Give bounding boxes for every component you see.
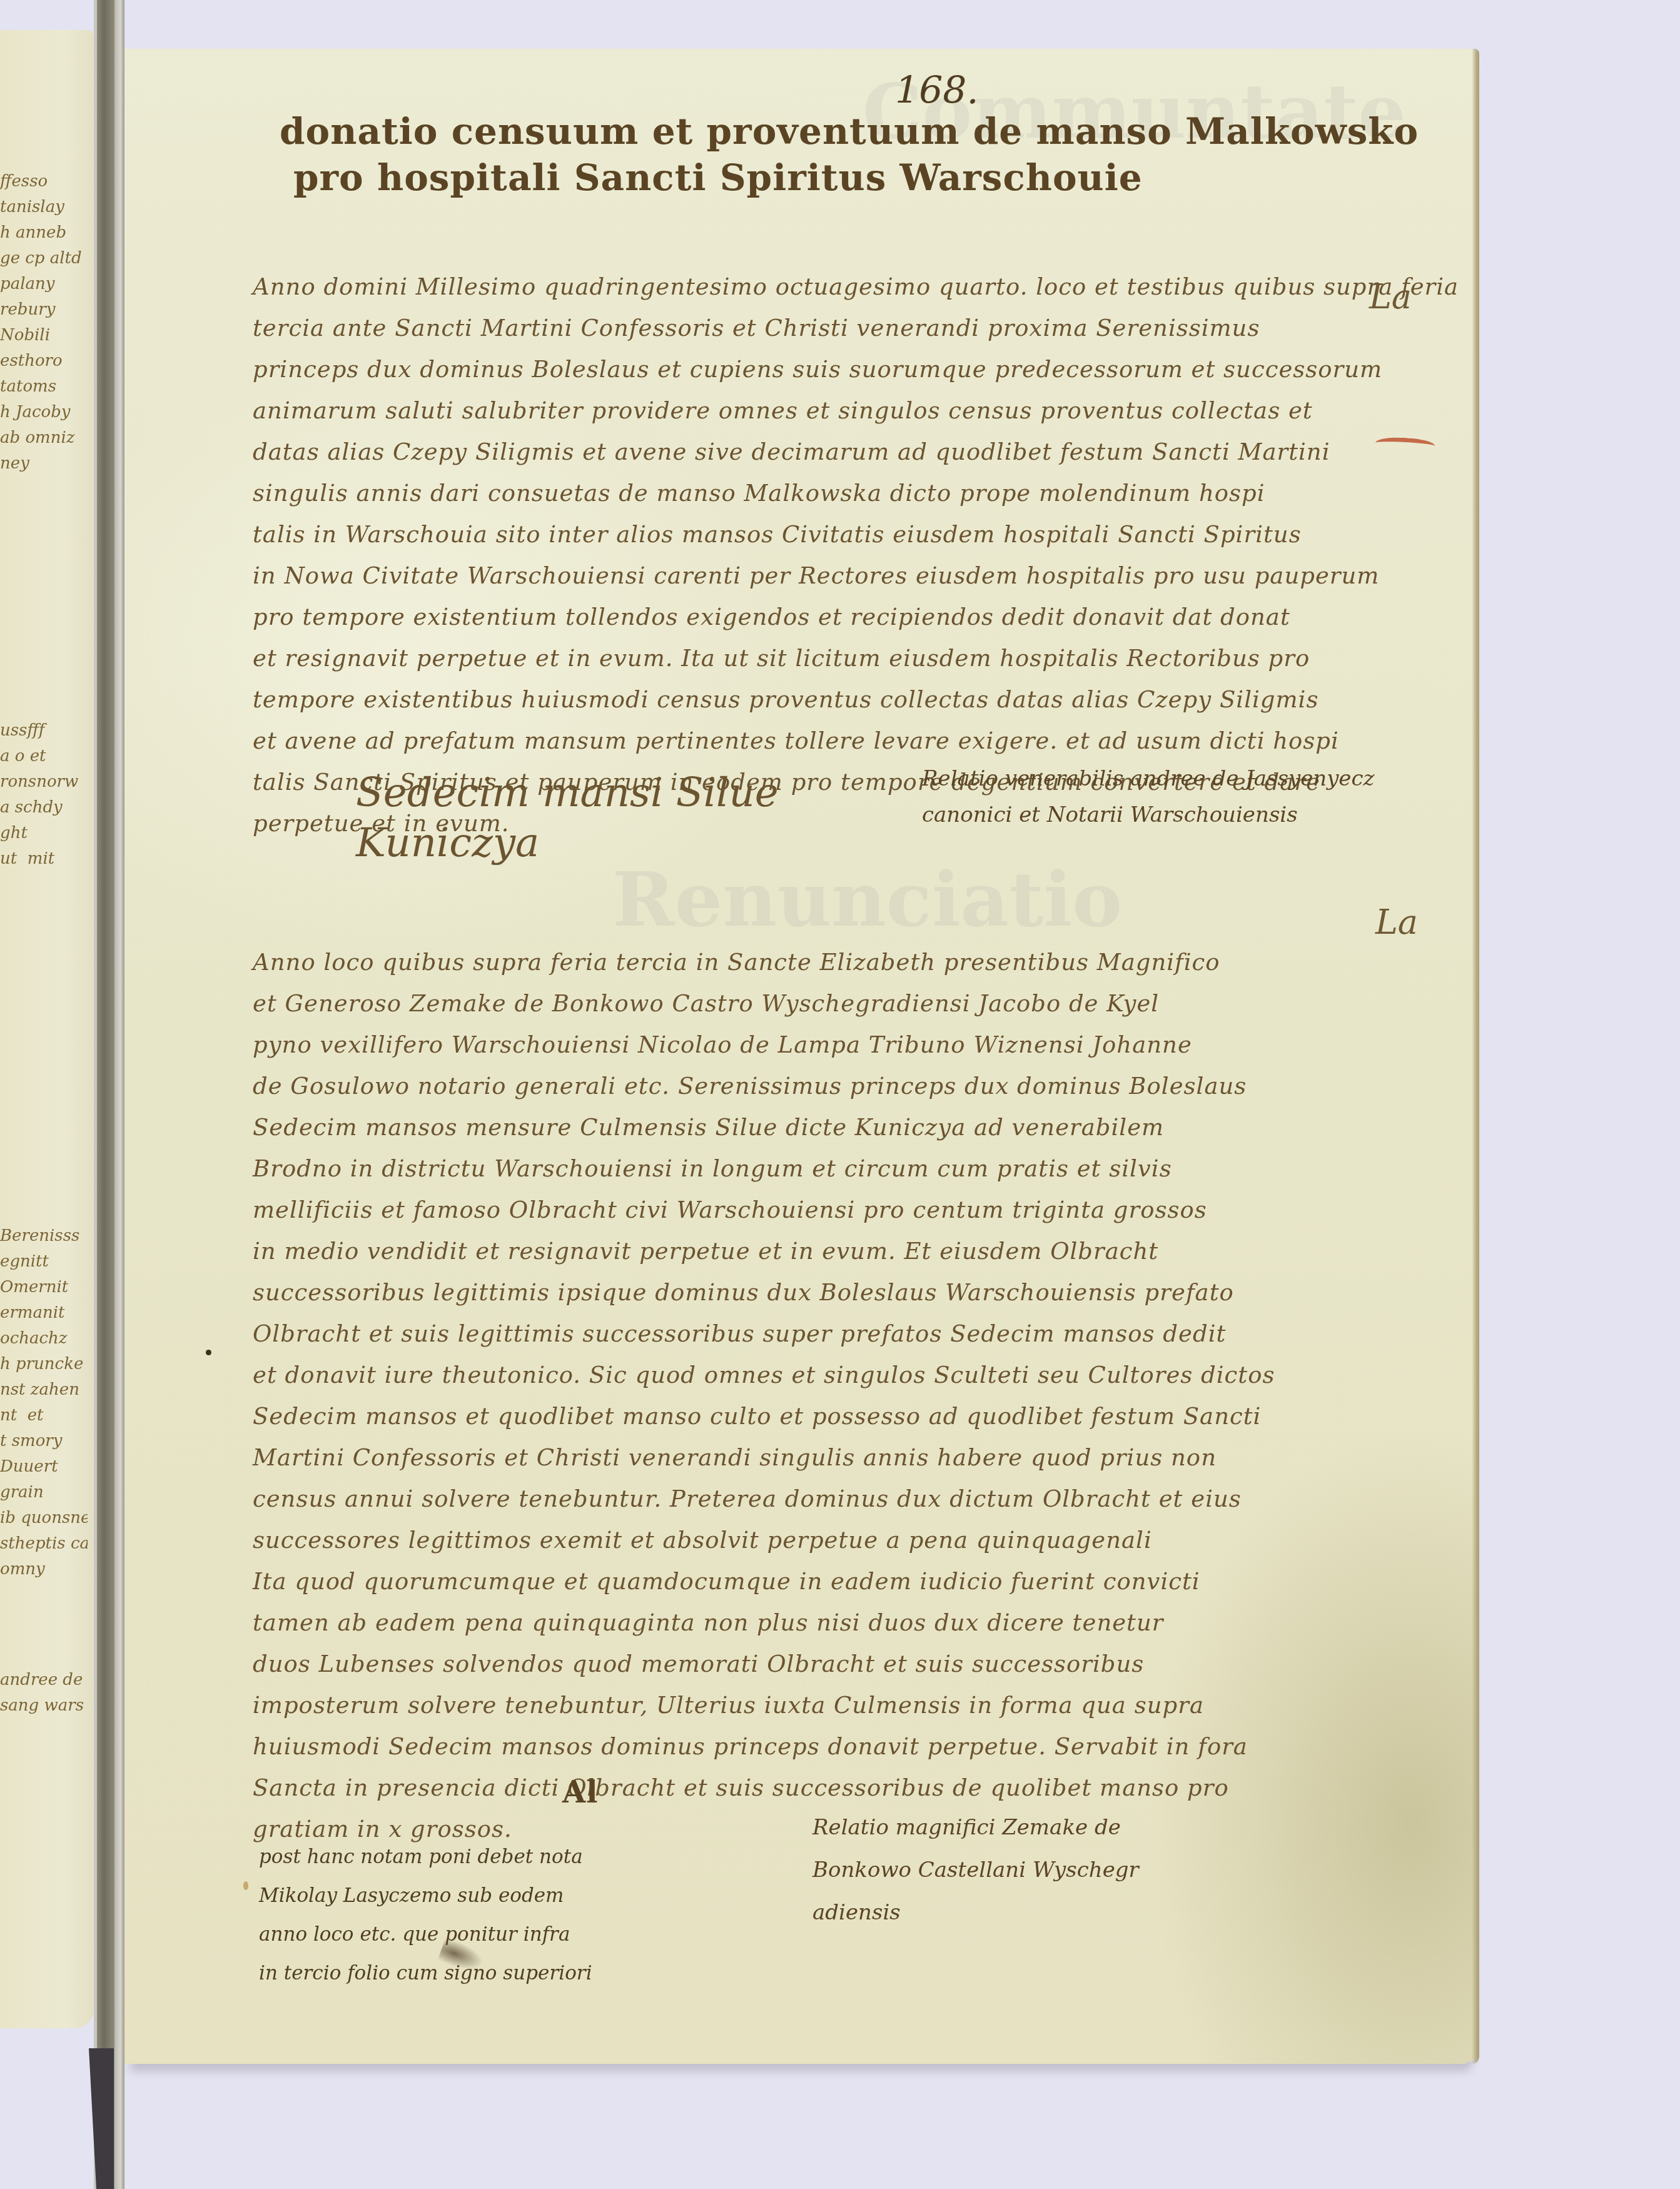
paragraph-2-line: pyno vexillifero Warschouiensi Nicolao d… [253,1024,1275,1066]
page-edge [1472,49,1479,2064]
paragraph-1-line: et avene ad prefatum mansum pertinentes … [253,720,1459,762]
ink-dot [206,1350,211,1355]
left-page-text-line: ney [0,451,88,477]
left-page-text-line: nst zahen [0,1377,88,1403]
attestation-2: Relatio magnifici Zemake deBonkowo Caste… [812,1806,1139,1934]
left-page-text-line: a o et [0,744,88,769]
left-page-text-line: Omernit [0,1275,88,1300]
recto-page: Communtate Renunciatio 168. donatio cens… [124,49,1479,2064]
left-page-text-line: sang wars [0,1693,88,1719]
left-page-text-block-4: andree desang wars [0,1667,88,1719]
bottom-note-line: in tercio folio cum signo superiori [259,1954,592,1993]
left-page-text-line: Duuert [0,1454,88,1480]
paragraph-2-line: et Generoso Zemake de Bonkowo Castro Wys… [253,983,1275,1024]
left-page-text-line: ge cp altd [0,246,88,271]
paragraph-2-line: imposterum solvere tenebuntur, Ulterius … [253,1685,1275,1726]
paragraph-1-line: singulis annis dari consuetas de manso M… [253,473,1459,514]
paragraph-1-line: Anno domini Millesimo quadringentesimo o… [253,266,1459,308]
bottom-note-mark: Al [562,1775,598,1810]
left-page-text-line: ussfff [0,718,88,744]
folio-number: 168. [895,69,979,113]
paragraph-1: Anno domini Millesimo quadringentesimo o… [253,266,1459,844]
paragraph-2-line: tamen ab eadem pena quinquaginta non plu… [253,1602,1275,1644]
left-page-text-line: h pruncke [0,1352,88,1377]
attestation-1: Relatio venerabilis andree de Jassyenyec… [922,761,1374,833]
paragraph-1-line: datas alias Czepy Siligmis et avene sive… [253,432,1459,473]
paragraph-2-line: Sedecim mansos mensure Culmensis Silue d… [253,1107,1275,1148]
attestation-2-line: adiensis [812,1891,1139,1934]
attestation-2-line: Relatio magnifici Zemake de [812,1806,1139,1849]
paragraph-1-line: pro tempore existentium tollendos exigen… [253,597,1459,638]
paragraph-2-line: mellificiis et famoso Olbracht civi Wars… [253,1190,1275,1231]
left-page-text-line: palany [0,271,88,297]
left-page-text-line: ght [0,821,88,846]
left-page-text-line: ronsnorw [0,769,88,795]
paragraph-1-line: tercia ante Sancti Martini Confessoris e… [253,308,1459,349]
paragraph-2-line: successores legittimos exemit et absolvi… [253,1520,1275,1561]
marginal-note-la-2: La [1375,902,1418,942]
paragraph-2-line: huiusmodi Sedecim mansos dominus princep… [253,1726,1275,1767]
left-page-text-line: ochachz [0,1326,88,1352]
heading-1-line-2: pro hospitali Sancti Spiritus Warschouie [293,156,1143,199]
left-page-text-line: Berenisss [0,1223,88,1249]
left-page-text-line: omny [0,1557,88,1582]
paragraph-2: Anno loco quibus supra feria tercia in S… [253,942,1275,1850]
left-page-text-line: ermanit [0,1300,88,1326]
left-page-text-line: Nobili [0,323,88,348]
paragraph-2-line: successoribus legittimis ipsique dominus… [253,1272,1275,1313]
paragraph-1-line: tempore existentibus huiusmodi census pr… [253,679,1459,720]
paragraph-1-line: in Nowa Civitate Warschouiensi carenti p… [253,555,1459,597]
left-page-text-block-2: ussfffa o etronsnorwa schdyghtut mit [0,718,88,872]
binding-spine [97,0,114,2189]
paragraph-2-line: Brodno in districtu Warschouiensi in lon… [253,1148,1275,1190]
attestation-1-line: canonici et Notarii Warschouiensis [922,797,1374,833]
heading-2: Sedecim mansi SilueKuniczya [356,768,779,868]
paragraph-1-line: princeps dux dominus Boleslaus et cupien… [253,349,1459,390]
left-page-text-line: t smory [0,1428,88,1454]
paragraph-2-line: in medio vendidit et resignavit perpetue… [253,1231,1275,1272]
paragraph-2-line: Ita quod quorumcumque et quamdocumque in… [253,1561,1275,1602]
left-page-text-line: ab omniz [0,425,88,451]
left-page-text-line: esthoro [0,348,88,374]
left-page-text-block-1: ffessotanislayh annebge cp altdpalanyreb… [0,169,88,477]
paragraph-1-line: talis in Warschouia sito inter alios man… [253,514,1459,555]
show-through-text: Renunciatio [612,856,1122,944]
paragraph-2-line: duos Lubenses solvendos quod memorati Ol… [253,1644,1275,1685]
paragraph-2-line: Sedecim mansos et quodlibet manso culto … [253,1396,1275,1437]
bottom-note-line: post hanc notam poni debet nota [259,1838,592,1876]
heading-1-line-1: donatio censuum et proventuum de manso M… [280,110,1419,153]
paragraph-2-line: et donavit iure theutonico. Sic quod omn… [253,1355,1275,1396]
paragraph-2-line: Sancta in presencia dicti Olbracht et su… [253,1767,1275,1809]
left-page-text-line: tanislay [0,195,88,220]
paragraph-2-line: census annui solvere tenebuntur. Pretere… [253,1479,1275,1520]
left-page-text-block-3: BerenisssegnittOmernitermanitochachzh pr… [0,1223,88,1582]
heading-2-line: Sedecim mansi Silue [356,768,779,818]
left-page-text-line: ffesso [0,169,88,195]
left-page-text-line: ib quonsne [0,1505,88,1531]
left-page-text-line: tatoms [0,374,88,400]
left-page-text-line: h Jacoby [0,400,88,425]
left-page-text-line: andree de [0,1667,88,1693]
left-page-text-line: rebury [0,297,88,323]
paragraph-2-line: Anno loco quibus supra feria tercia in S… [253,942,1275,983]
heading-2-line: Kuniczya [356,818,779,868]
bottom-note-line: Mikolay Lasyczemo sub eodem [259,1876,592,1915]
left-page-text-line: a schdy [0,795,88,821]
left-page-text-line: h anneb [0,220,88,246]
paragraph-2-line: Olbracht et suis legittimis successoribu… [253,1313,1275,1355]
bottom-note-line: anno loco etc. que ponitur infra [259,1915,592,1954]
left-page-text-line: egnitt [0,1249,88,1275]
glass-plate-edge [114,0,124,2189]
marginal-note-la-1: La [1369,277,1412,316]
paragraph-1-line: animarum saluti salubriter providere omn… [253,390,1459,432]
left-page-text-line: stheptis caus [0,1531,88,1557]
paragraph-2-line: Martini Confessoris et Christi venerandi… [253,1437,1275,1479]
left-page-text-line: nt et [0,1403,88,1428]
left-page-fragment: ffessotanislayh annebge cp altdpalanyreb… [0,30,94,2028]
attestation-2-line: Bonkowo Castellani Wyschegr [812,1849,1139,1891]
paragraph-1-line: et resignavit perpetue et in evum. Ita u… [253,638,1459,679]
attestation-1-line: Relatio venerabilis andree de Jassyenyec… [922,761,1374,797]
bottom-note: post hanc notam poni debet notaMikolay L… [259,1838,592,1993]
left-page-text-line: ut mit [0,846,88,872]
paragraph-2-line: de Gosulowo notario generali etc. Sereni… [253,1066,1275,1107]
left-page-text-line: grain [0,1480,88,1505]
ink-dot [243,1881,248,1890]
